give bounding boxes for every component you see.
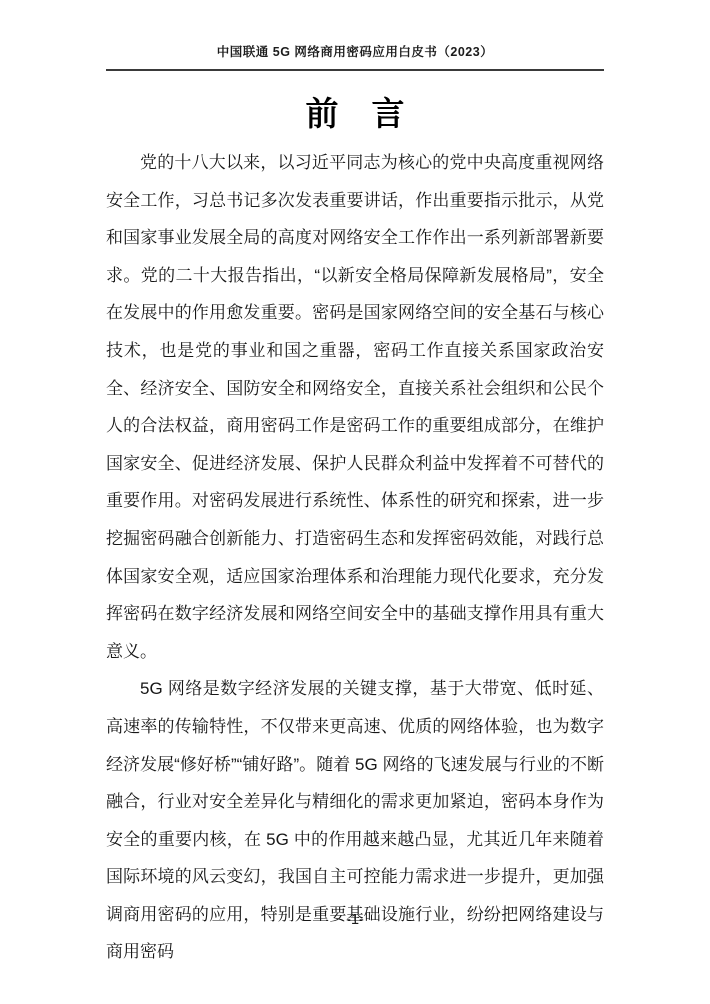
page-number: -1- [346, 912, 364, 928]
section-title: 前 言 [0, 88, 710, 135]
body-text: 党的十八大以来，以习近平同志为核心的党中央高度重视网络安全工作，习总书记多次发表… [106, 144, 604, 971]
page-header: 中国联通 5G 网络商用密码应用白皮书（2023） [106, 42, 604, 71]
page-footer: -1- [0, 912, 710, 928]
paragraph: 党的十八大以来，以习近平同志为核心的党中央高度重视网络安全工作，习总书记多次发表… [106, 144, 604, 670]
document-page: 中国联通 5G 网络商用密码应用白皮书（2023） 前 言 党的十八大以来，以习… [0, 0, 710, 1004]
header-running-title: 中国联通 5G 网络商用密码应用白皮书（2023） [106, 42, 604, 60]
